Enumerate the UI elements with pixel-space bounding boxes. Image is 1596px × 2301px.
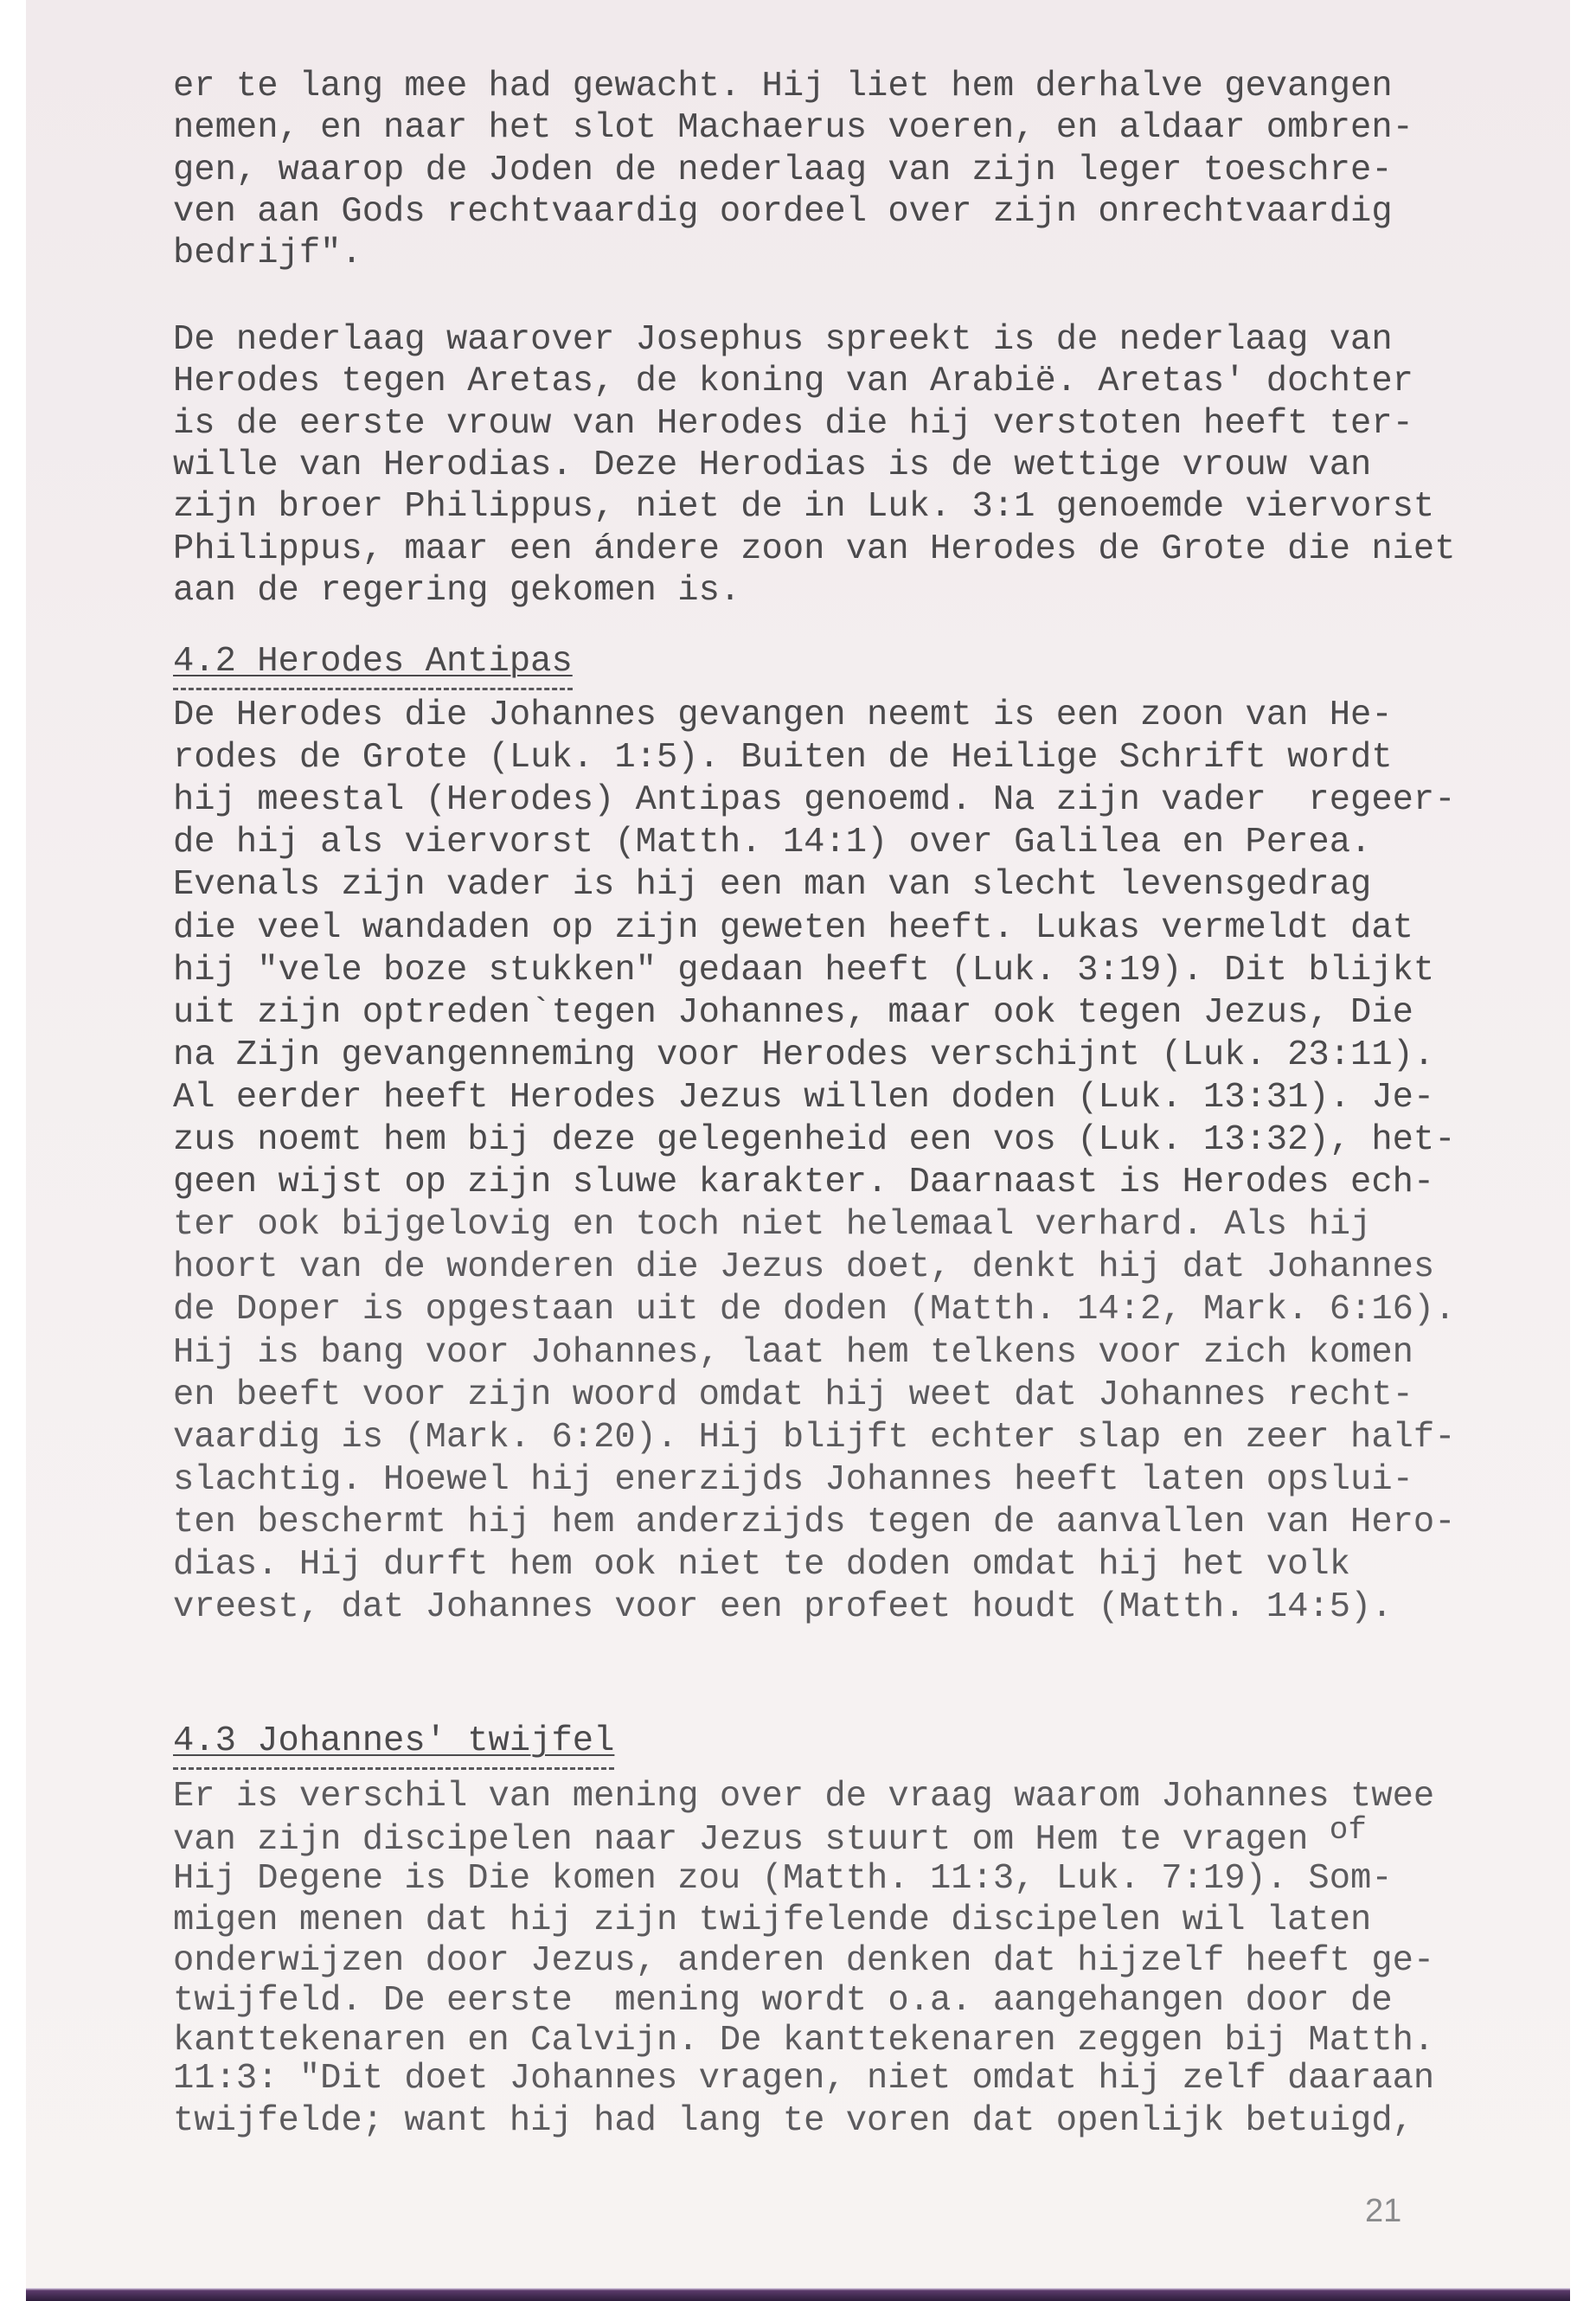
body-line: onderwijzen door Jezus, anderen denken d… xyxy=(173,1944,1434,1979)
body-line: migen menen dat hij zijn twijfelende dis… xyxy=(173,1903,1371,1939)
body-line: is de eerste vrouw van Herodes die hij v… xyxy=(173,407,1413,442)
body-line: Hij Degene is Die komen zou (Matth. 11:3… xyxy=(173,1862,1393,1897)
body-line: hoort van de wonderen die Jezus doet, de… xyxy=(173,1250,1434,1285)
body-line: de Doper is opgestaan uit de doden (Matt… xyxy=(173,1292,1456,1328)
section-heading-4-3: 4.3 Johannes' twijfel xyxy=(173,1724,614,1759)
page-number: 21 xyxy=(1365,2195,1401,2227)
body-line: slachtig. Hoewel hij enerzijds Johannes … xyxy=(173,1463,1413,1498)
body-line: gen, waarop de Joden de nederlaag van zi… xyxy=(173,153,1393,189)
body-line: aan de regering gekomen is. xyxy=(173,574,740,609)
body-line: Philippus, maar een ándere zoon van Hero… xyxy=(173,532,1456,567)
heading-dashed-rule xyxy=(173,1767,614,1770)
body-line: de hij als viervorst (Matth. 14:1) over … xyxy=(173,825,1371,861)
raised-word: of xyxy=(1330,1812,1367,1848)
body-line: Al eerder heeft Herodes Jezus willen dod… xyxy=(173,1080,1434,1116)
scan-bottom-edge xyxy=(26,2288,1570,2301)
body-line: bedrijf". xyxy=(173,236,362,272)
body-line: hij meestal (Herodes) Antipas genoemd. N… xyxy=(173,783,1456,818)
body-line: Er is verschil van mening over de vraag … xyxy=(173,1779,1434,1815)
body-line: er te lang mee had gewacht. Hij liet hem… xyxy=(173,69,1393,105)
body-line: wille van Herodias. Deze Herodias is de … xyxy=(173,448,1371,484)
body-line: De nederlaag waarover Josephus spreekt i… xyxy=(173,323,1393,358)
body-line: zus noemt hem bij deze gelegenheid een v… xyxy=(173,1123,1456,1158)
body-line: vaardig is (Mark. 6:20). Hij blijft echt… xyxy=(173,1420,1456,1456)
body-line: hij "vele boze stukken" gedaan heeft (Lu… xyxy=(173,953,1434,989)
body-line: van zijn discipelen naar Jezus stuurt om… xyxy=(173,1823,1367,1858)
body-line: nemen, en naar het slot Machaerus voeren… xyxy=(173,111,1413,146)
body-line: vreest, dat Johannes voor een profeet ho… xyxy=(173,1590,1393,1625)
body-line: ter ook bijgelovig en toch niet helemaal… xyxy=(173,1208,1371,1243)
body-line: die veel wandaden op zijn geweten heeft.… xyxy=(173,911,1413,946)
body-line: twijfelde; want hij had lang te voren da… xyxy=(173,2104,1413,2139)
body-line: ten beschermt hij hem anderzijds tegen d… xyxy=(173,1505,1456,1541)
body-line: De Herodes die Johannes gevangen neemt i… xyxy=(173,698,1393,734)
body-line: uit zijn optreden`tegen Johannes, maar o… xyxy=(173,996,1413,1031)
body-line: kanttekenaren en Calvijn. De kanttekenar… xyxy=(173,2023,1434,2059)
body-line: na Zijn gevangenneming voor Herodes vers… xyxy=(173,1038,1434,1074)
body-line: Herodes tegen Aretas, de koning van Arab… xyxy=(173,364,1413,400)
body-line: ven aan Gods rechtvaardig oordeel over z… xyxy=(173,195,1393,230)
section-heading-text: 4.3 Johannes' twijfel xyxy=(173,1721,614,1761)
body-line: dias. Hij durft hem ook niet te doden om… xyxy=(173,1548,1350,1583)
body-line: zijn broer Philippus, niet de in Luk. 3:… xyxy=(173,490,1434,525)
body-line: rodes de Grote (Luk. 1:5). Buiten de Hei… xyxy=(173,740,1393,776)
heading-dashed-rule xyxy=(173,688,573,690)
section-heading-text: 4.2 Herodes Antipas xyxy=(173,642,573,682)
body-line: Evenals zijn vader is hij een man van sl… xyxy=(173,868,1371,903)
body-line: geen wijst op zijn sluwe karakter. Daarn… xyxy=(173,1165,1434,1201)
body-line: twijfeld. De eerste mening wordt o.a. aa… xyxy=(173,1984,1393,2019)
body-line: 11:3: "Dit doet Johannes vragen, niet om… xyxy=(173,2061,1434,2097)
body-line: Hij is bang voor Johannes, laat hem telk… xyxy=(173,1336,1413,1371)
section-heading-4-2: 4.2 Herodes Antipas xyxy=(173,644,573,680)
body-line: en beeft voor zijn woord omdat hij weet … xyxy=(173,1378,1413,1413)
